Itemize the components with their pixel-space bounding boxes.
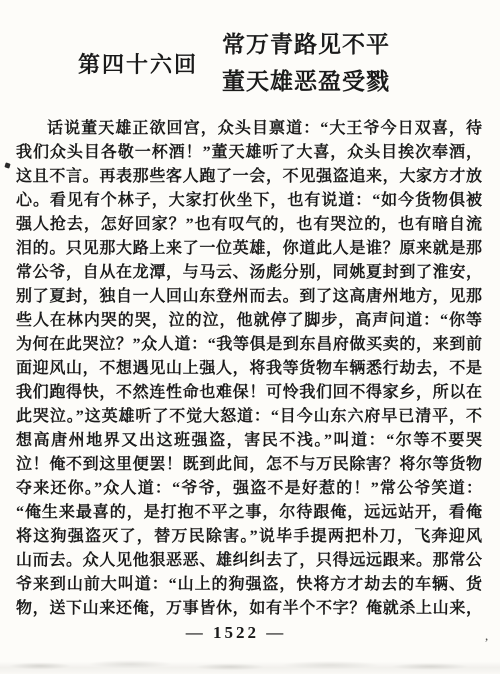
chapter-header: 第四十六回 常万青路见不平 董天雄恶盈受戮 xyxy=(78,24,480,102)
text-line: 话说董天雄正欲回宫，众头目禀道：“大王爷今日双喜，待 xyxy=(16,117,482,141)
text-line: 爷来到山前大叫道：“山上的狗强盗，快将方才劫去的车辆、货 xyxy=(16,573,482,597)
text-line: 我们跑得快，不然连性命也难保！可怜我们回不得家乡，所以在 xyxy=(16,381,482,405)
text-line: 将这狗强盗灭了，替万民除害。”说毕手提两把朴刀，飞奔迎风 xyxy=(16,525,482,549)
page-number: — 1522 — xyxy=(186,623,287,642)
text-line: 心。看见有个林子，大家打伙坐下，也有说道：“如今货物俱被 xyxy=(16,189,482,213)
text-line: 别了夏封，独自一人回山东登州而去。到了这高唐州地方，见那 xyxy=(16,285,482,309)
scan-edge-artifact xyxy=(0,656,500,674)
chapter-title-line2: 董天雄恶盈受戮 xyxy=(222,63,390,100)
text-line: 想高唐州地界又出这班强盗，害民不浅。”叫道：“尔等不要哭 xyxy=(16,429,482,453)
text-line: 常公爷，自从在龙潭，与马云、汤彪分别，同姚夏封到了淮安， xyxy=(16,261,482,285)
chapter-title: 常万青路见不平 董天雄恶盈受戮 xyxy=(222,26,390,100)
text-line: 山而去。众人见他狠恶恶、雄纠纠去了，只得远远跟来。那常公 xyxy=(16,549,482,573)
ink-speck: , xyxy=(485,628,488,644)
text-line: 我们众头目各敬一杯酒！”董天雄听了大喜，众头目挨次奉酒， xyxy=(16,141,482,165)
chapter-number: 第四十六回 xyxy=(78,48,198,79)
text-line: 些人在林内哭的哭，泣的泣，他就停了脚步，高声问道：“你等 xyxy=(16,309,482,333)
chapter-title-line1: 常万青路见不平 xyxy=(222,26,390,63)
body-text: 话说董天雄正欲回宫，众头目禀道：“大王爷今日双喜，待 我们众头目各敬一杯酒！”董… xyxy=(16,117,482,621)
text-line: 夺来还你。”众人道：“爷爷，强盗不是好惹的！”常公爷笑道： xyxy=(16,477,482,501)
text-line: 为何在此哭泣？”众人道：“我等俱是到东昌府做买卖的，来到前 xyxy=(16,333,482,357)
text-line: 强人抢去，怎好回家？”也有叹气的，也有哭泣的，也有暗自流 xyxy=(16,213,482,237)
text-line: 物，送下山来还俺，万事皆休，如有半个不字？俺就杀上山来， xyxy=(16,597,482,621)
text-line: 泣！俺不到这里便罢！既到此间，怎不与万民除害？将尔等货物 xyxy=(16,453,482,477)
text-line: 此哭泣。”这英雄听了不觉大怒道：“目今山东六府早已清平，不 xyxy=(16,405,482,429)
text-line: 这且不言。再表那些客人跑了一会，不见强盗追来，大家方才放 xyxy=(16,165,482,189)
ink-speck xyxy=(4,162,10,168)
book-page: 第四十六回 常万青路见不平 董天雄恶盈受戮 话说董天雄正欲回宫，众头目禀道：“大… xyxy=(0,0,500,674)
page-footer: — 1522 — xyxy=(0,623,486,643)
text-line: “俺生来最喜的，是打抱不平之事，尔待跟俺，远远站开，看俺 xyxy=(16,501,482,525)
text-line: 面迎风山，不想遇见山上强人，将我等货物车辆悉行劫去，不是 xyxy=(16,357,482,381)
text-line: 泪的。只见那大路上来了一位英雄，你道此人是谁？原来就是那 xyxy=(16,237,482,261)
